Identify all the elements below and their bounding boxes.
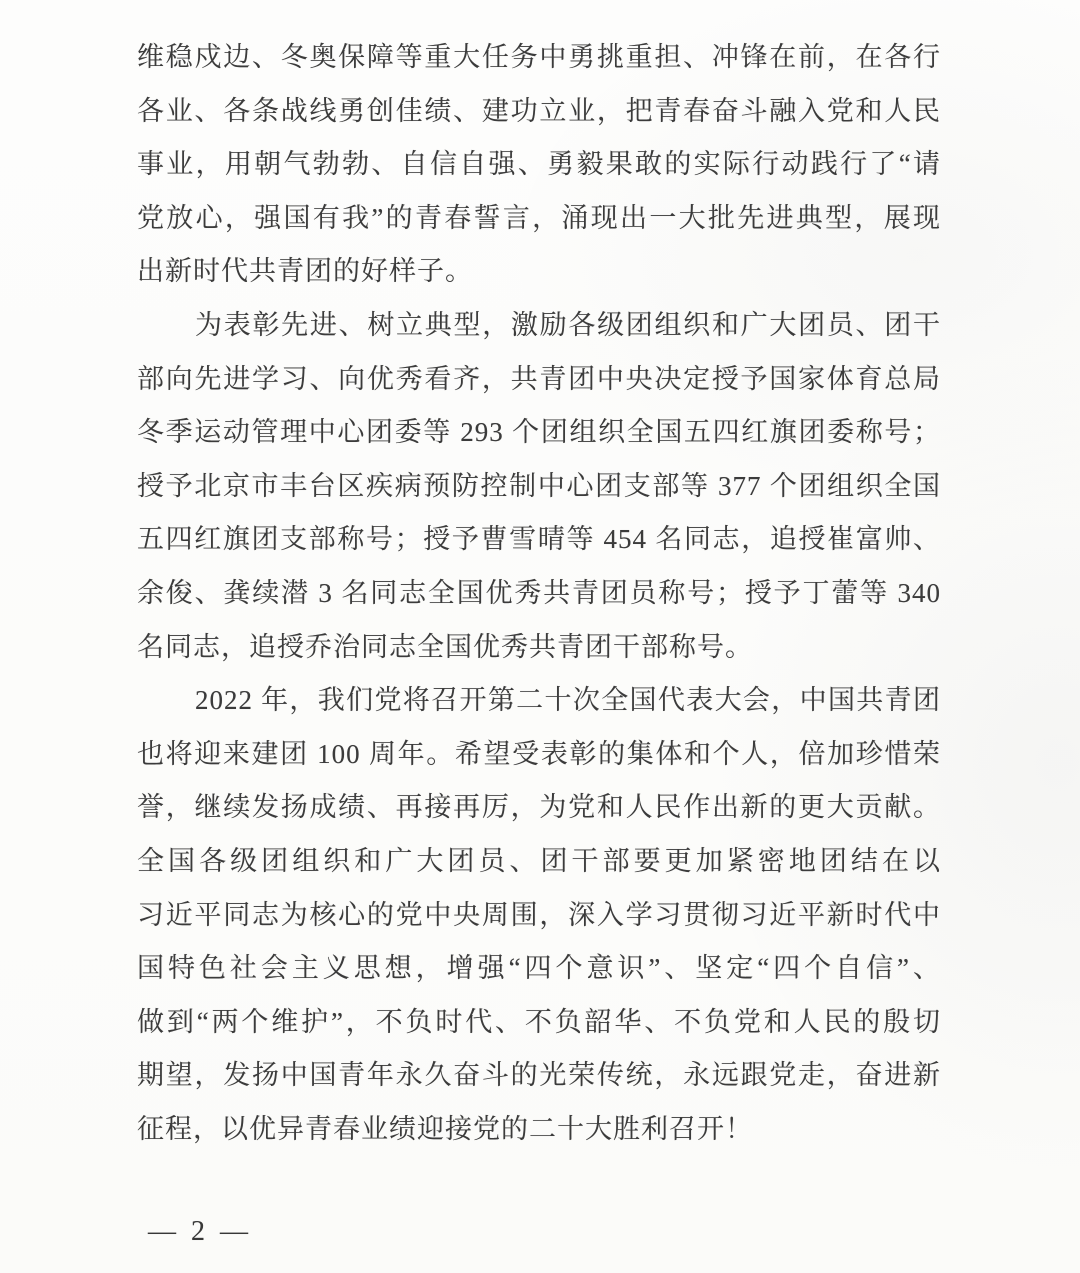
text-line: 2022 年，我们党将召开第二十次全国代表大会，中国共青团	[137, 674, 941, 728]
text-line: 做到“两个维护”，不负时代、不负韶华、不负党和人民的殷切	[137, 996, 941, 1050]
text-line: 部向先进学习、向优秀看齐，共青团中央决定授予国家体育总局	[137, 353, 941, 407]
text-line: 也将迎来建团 100 周年。希望受表彰的集体和个人，倍加珍惜荣	[137, 728, 941, 782]
text-line: 出新时代共青团的好样子。	[137, 245, 941, 299]
text-line: 五四红旗团支部称号；授予曹雪晴等 454 名同志，追授崔富帅、	[137, 513, 941, 567]
text-line: 冬季运动管理中心团委等 293 个团组织全国五四红旗团委称号；	[137, 406, 941, 460]
text-line: 征程，以优异青春业绩迎接党的二十大胜利召开！	[137, 1103, 941, 1157]
text-line: 国特色社会主义思想，增强“四个意识”、坚定“四个自信”、	[137, 942, 941, 996]
paragraph-3: 2022 年，我们党将召开第二十次全国代表大会，中国共青团 也将迎来建团 100…	[137, 674, 941, 1156]
text-line: 誉，继续发扬成绩、再接再厉，为党和人民作出新的更大贡献。	[137, 781, 941, 835]
document-page: 维稳戍边、冬奥保障等重大任务中勇挑重担、冲锋在前，在各行 各业、各条战线勇创佳绩…	[0, 0, 1080, 1273]
document-body: 维稳戍边、冬奥保障等重大任务中勇挑重担、冲锋在前，在各行 各业、各条战线勇创佳绩…	[137, 31, 941, 1156]
text-line: 全国各级团组织和广大团员、团干部要更加紧密地团结在以	[137, 835, 941, 889]
text-line: 党放心，强国有我”的青春誓言，涌现出一大批先进典型，展现	[137, 192, 941, 246]
text-line: 习近平同志为核心的党中央周围，深入学习贯彻习近平新时代中	[137, 889, 941, 943]
text-line: 期望，发扬中国青年永久奋斗的光荣传统，永远跟党走，奋进新	[137, 1049, 941, 1103]
text-line: 名同志，追授乔治同志全国优秀共青团干部称号。	[137, 621, 941, 675]
paragraph-1: 维稳戍边、冬奥保障等重大任务中勇挑重担、冲锋在前，在各行 各业、各条战线勇创佳绩…	[137, 31, 941, 299]
text-line: 事业，用朝气勃勃、自信自强、勇毅果敢的实际行动践行了“请	[137, 138, 941, 192]
text-line: 为表彰先进、树立典型，激励各级团组织和广大团员、团干	[137, 299, 941, 353]
text-line: 维稳戍边、冬奥保障等重大任务中勇挑重担、冲锋在前，在各行	[137, 31, 941, 85]
paragraph-2: 为表彰先进、树立典型，激励各级团组织和广大团员、团干 部向先进学习、向优秀看齐，…	[137, 299, 941, 674]
text-line: 各业、各条战线勇创佳绩、建功立业，把青春奋斗融入党和人民	[137, 85, 941, 139]
page-number: — 2 —	[148, 1212, 252, 1252]
text-line: 授予北京市丰台区疾病预防控制中心团支部等 377 个团组织全国	[137, 460, 941, 514]
text-line: 余俊、龚续潜 3 名同志全国优秀共青团员称号；授予丁蕾等 340	[137, 567, 941, 621]
